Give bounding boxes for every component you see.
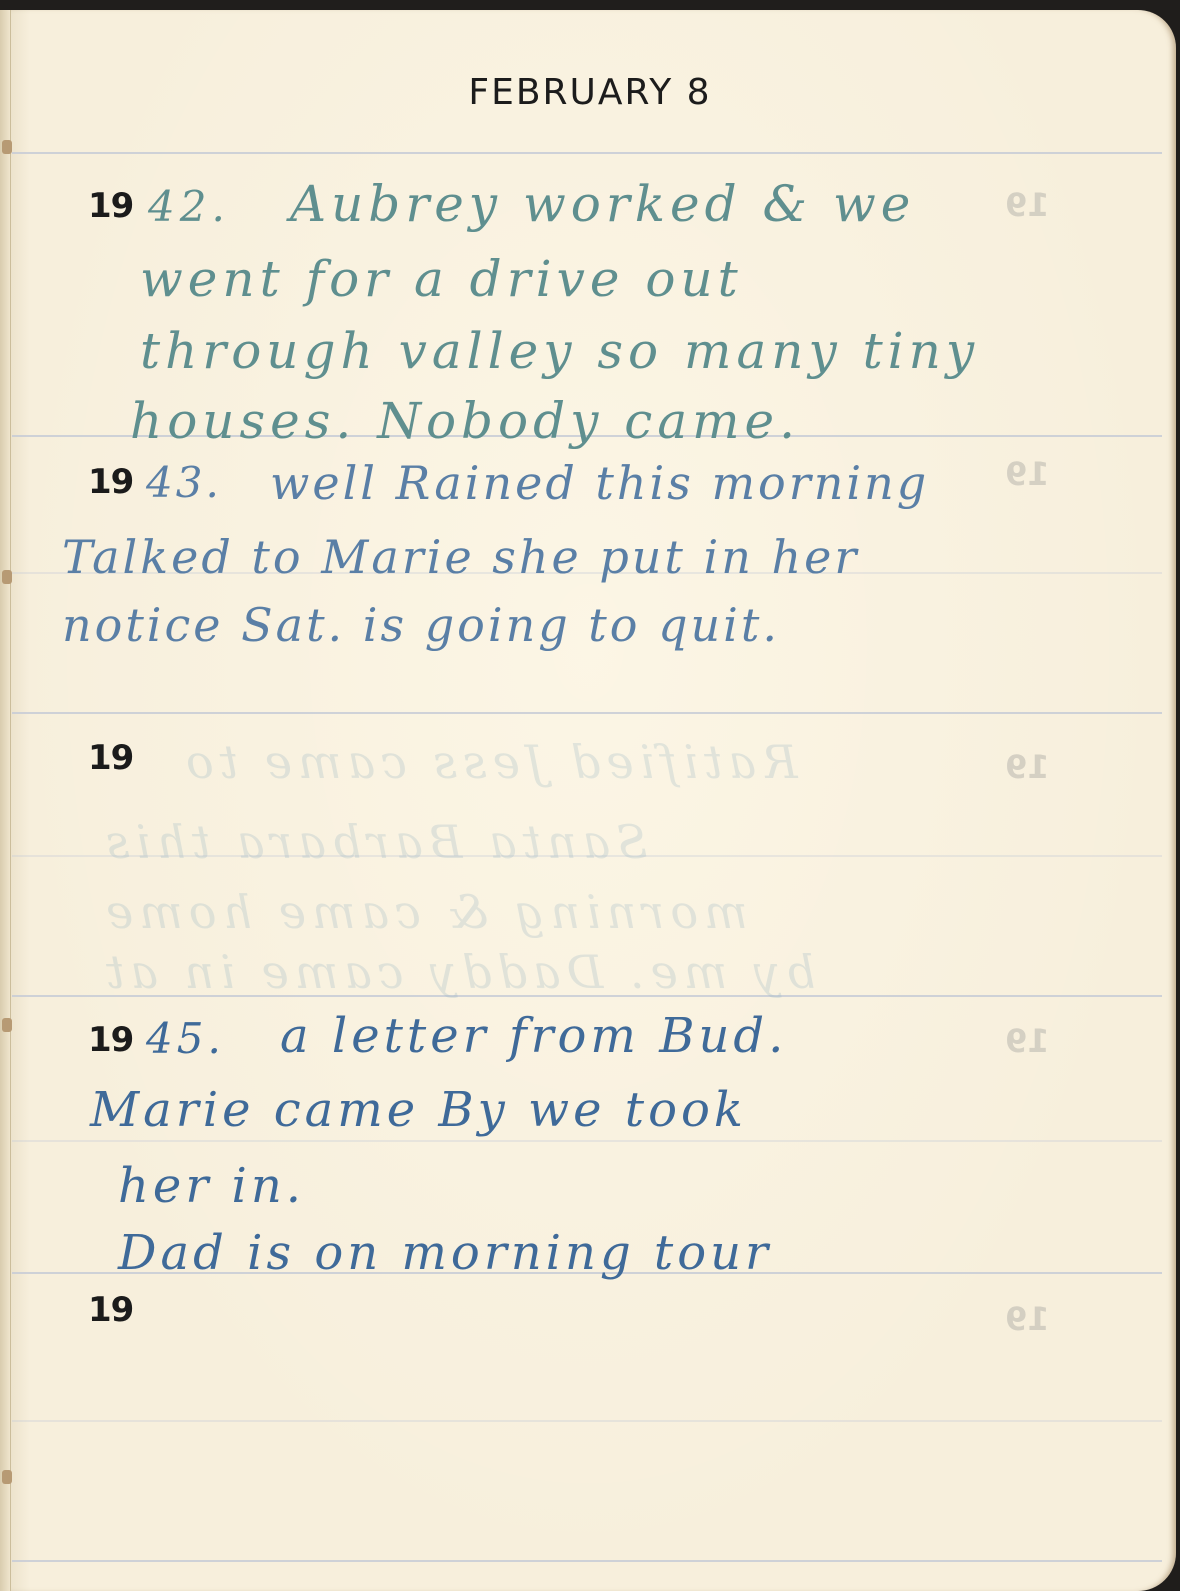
entry-line: a letter from Bud. <box>280 1008 787 1064</box>
handwritten-year: 42. <box>148 182 230 231</box>
binding-stitch <box>2 1018 12 1032</box>
printed-year-label: 19 <box>88 462 133 502</box>
entry-line: houses. Nobody came. <box>130 392 800 450</box>
faint-ruled-line <box>12 1420 1162 1422</box>
handwritten-year: 43. <box>146 458 222 507</box>
binding-stitch <box>2 140 12 154</box>
ghost-year-label: 19 <box>1005 186 1050 224</box>
entry-line: notice Sat. is going to quit. <box>62 598 780 652</box>
bleed-through-line: Ratified Jess came to <box>180 735 798 789</box>
entry-line: Aubrey worked & we <box>290 175 915 233</box>
printed-year-label: 19 <box>88 1020 133 1060</box>
printed-year-label: 19 <box>88 186 133 226</box>
entry-line: well Rained this morning <box>270 456 929 510</box>
entry-line: Marie came By we took <box>90 1082 747 1138</box>
entry-line: Talked to Marie she put in her <box>62 530 859 584</box>
binding-stitch <box>2 1470 12 1484</box>
ghost-year-label: 19 <box>1005 748 1050 786</box>
ruled-line <box>12 152 1162 154</box>
ruled-line <box>12 1560 1162 1562</box>
binding-stitch <box>2 570 12 584</box>
entry-line: her in. <box>118 1158 305 1214</box>
entry-line: through valley so many tiny <box>140 322 979 380</box>
page-date-header: FEBRUARY 8 <box>0 72 1180 113</box>
ruled-line <box>12 712 1162 714</box>
bleed-through-line: Santa Barbara this <box>100 815 648 869</box>
ghost-year-label: 19 <box>1005 1300 1050 1338</box>
printed-year-label: 19 <box>88 1290 133 1330</box>
bleed-through-line: morning & came home <box>100 885 748 939</box>
faint-ruled-line <box>12 1140 1162 1142</box>
printed-year-label: 19 <box>88 738 133 778</box>
entry-line: Dad is on morning tour <box>118 1225 772 1281</box>
ghost-year-label: 19 <box>1005 1022 1050 1060</box>
handwritten-year: 45. <box>146 1014 225 1063</box>
diary-page <box>0 10 1176 1591</box>
scan-top-edge <box>0 0 1180 10</box>
ghost-year-label: 19 <box>1005 455 1050 493</box>
bleed-through-line: by me. Daddy came in at <box>100 945 815 999</box>
binding-spine <box>0 10 11 1591</box>
entry-line: went for a drive out <box>140 250 743 308</box>
